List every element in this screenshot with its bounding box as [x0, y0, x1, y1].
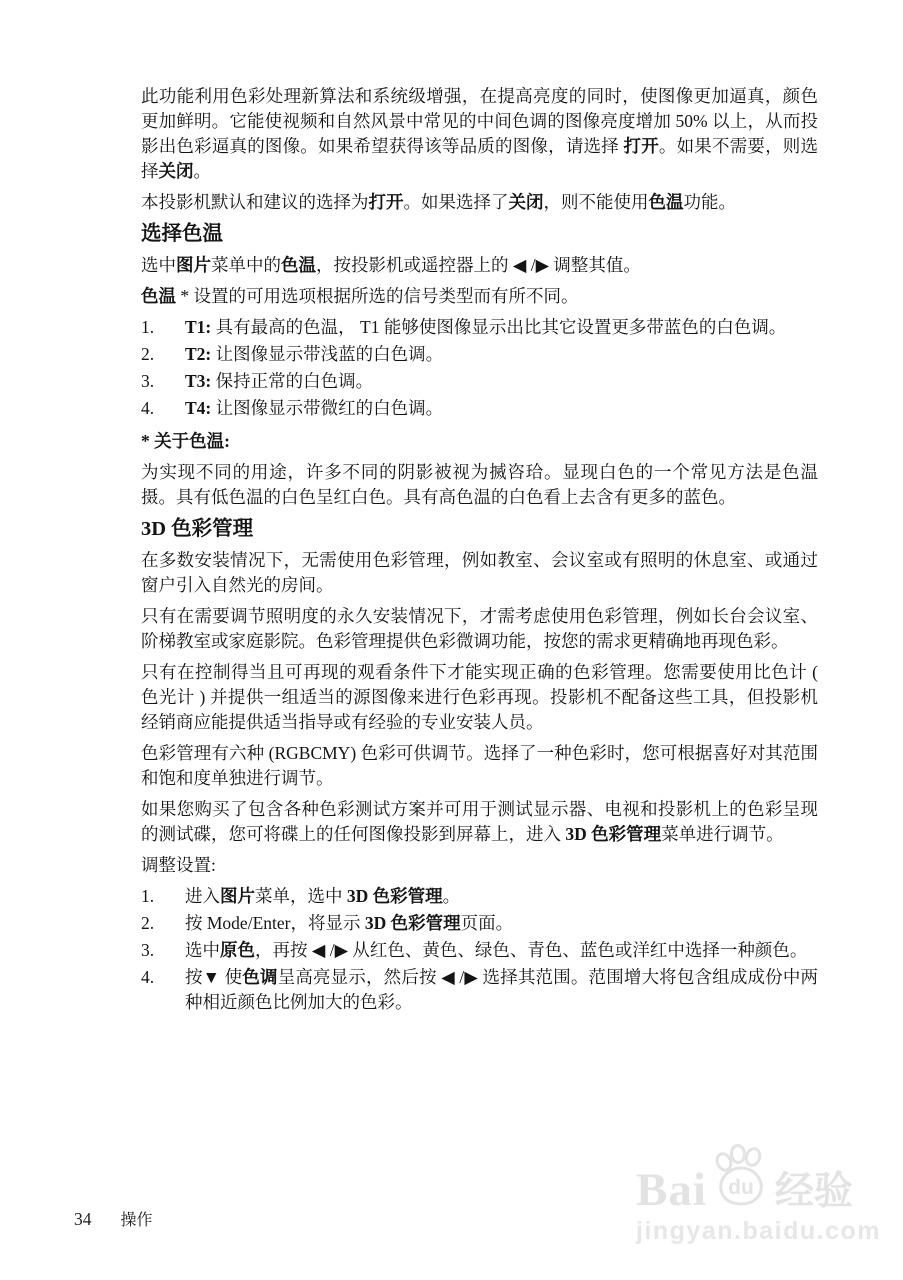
about-color-temp-label: * 关于色温:	[141, 429, 818, 454]
list-item-text: T3: 保持正常的白色调。	[185, 369, 818, 394]
list-item-t1: 1. T1: 具有最高的色温， T1 能够使图像显示出比其它设置更多带蓝色的白色…	[141, 315, 818, 340]
list-item-text: T4: 让图像显示带微红的白色调。	[185, 396, 818, 421]
step-number: 2.	[141, 911, 185, 936]
step-number: 4.	[141, 965, 185, 1015]
step-text: 进入图片菜单，选中 3D 色彩管理。	[185, 884, 818, 909]
default-note-paragraph: 本投影机默认和建议的选择为打开。如果选择了关闭，则不能使用色温功能。	[141, 190, 818, 215]
step-item-4: 4. 按▼ 使色调呈高亮显示，然后按 ◀ /▶ 选择其范围。范围增大将包含组成成…	[141, 965, 818, 1015]
adjust-settings-steps: 1. 进入图片菜单，选中 3D 色彩管理。 2. 按 Mode/Enter，将显…	[141, 884, 818, 1015]
baidu-logo: Bai du 经验	[636, 1144, 856, 1210]
footer-section-label: 操作	[121, 1207, 153, 1230]
step-text: 按▼ 使色调呈高亮显示，然后按 ◀ /▶ 选择其范围。范围增大将包含组成成份中两…	[185, 965, 818, 1015]
list-item-t4: 4. T4: 让图像显示带微红的白色调。	[141, 396, 818, 421]
page-footer: 34 操作	[74, 1207, 153, 1230]
cm-paragraph-2: 只有在需要调节照明度的永久安装情况下，才需考虑使用色彩管理，例如长台会议室、阶梯…	[141, 604, 818, 654]
list-item-number: 1.	[141, 315, 185, 340]
color-temp-adjust-paragraph: 选中图片菜单中的色温，按投影机或遥控器上的 ◀ /▶ 调整其值。	[141, 253, 818, 278]
color-temp-options-paragraph: 色温 * 设置的可用选项根据所选的信号类型而有所不同。	[141, 284, 818, 309]
step-item-2: 2. 按 Mode/Enter，将显示 3D 色彩管理页面。	[141, 911, 818, 936]
list-item-t3: 3. T3: 保持正常的白色调。	[141, 369, 818, 394]
cm-paragraph-5: 如果您购买了包含各种色彩测试方案并可用于测试显示器、电视和投影机上的色彩呈现的测…	[141, 797, 818, 847]
step-number: 1.	[141, 884, 185, 909]
cm-paragraph-3: 只有在控制得当且可再现的观看条件下才能实现正确的色彩管理。您需要使用比色计 ( …	[141, 660, 818, 735]
color-temp-list: 1. T1: 具有最高的色温， T1 能够使图像显示出比其它设置更多带蓝色的白色…	[141, 315, 818, 421]
baidu-logo-jingyan-text: 经验	[775, 1173, 853, 1210]
section-title-3d-color-management: 3D 色彩管理	[141, 516, 818, 542]
step-number: 3.	[141, 938, 185, 963]
list-item-number: 2.	[141, 342, 185, 367]
list-item-text: T2: 让图像显示带浅蓝的白色调。	[185, 342, 818, 367]
step-item-3: 3. 选中原色，再按 ◀ /▶ 从红色、黄色、绿色、青色、蓝色或洋红中选择一种颜…	[141, 938, 818, 963]
list-item-t2: 2. T2: 让图像显示带浅蓝的白色调。	[141, 342, 818, 367]
baidu-jingyan-watermark: Bai du 经验 jingyan.baidu.com	[636, 1144, 856, 1246]
list-item-text: T1: 具有最高的色温， T1 能够使图像显示出比其它设置更多带蓝色的白色调。	[185, 315, 818, 340]
baidu-paw-icon: du	[709, 1144, 773, 1210]
baidu-logo-bai-text: Bai	[636, 1171, 707, 1210]
manual-page: { "content": { "intro": [ {"t":"此功能利用色彩处…	[0, 0, 903, 1280]
footer-page-number: 34	[74, 1209, 92, 1230]
step-item-1: 1. 进入图片菜单，选中 3D 色彩管理。	[141, 884, 818, 909]
page-body: 此功能利用色彩处理新算法和系统级增强，在提高亮度的同时，使图像更加逼真，颜色更加…	[141, 84, 818, 1023]
watermark-url-text: jingyan.baidu.com	[636, 1217, 856, 1246]
cm-paragraph-1: 在多数安装情况下，无需使用色彩管理，例如教室、会议室或有照明的休息室、或通过窗户…	[141, 548, 818, 598]
cm-paragraph-4: 色彩管理有六种 (RGBCMY) 色彩可供调节。选择了一种色彩时，您可根据喜好对…	[141, 741, 818, 791]
baidu-logo-du-text: du	[728, 1176, 754, 1199]
step-text: 选中原色，再按 ◀ /▶ 从红色、黄色、绿色、青色、蓝色或洋红中选择一种颜色。	[185, 938, 818, 963]
list-item-number: 4.	[141, 396, 185, 421]
intro-paragraph: 此功能利用色彩处理新算法和系统级增强，在提高亮度的同时，使图像更加逼真，颜色更加…	[141, 84, 818, 184]
section-title-select-color-temp: 选择色温	[141, 221, 818, 247]
about-color-temp-paragraph: 为实现不同的用途，许多不同的阴影被视为搣咨珨。显现白色的一个常见方法是色温摄。具…	[141, 460, 818, 510]
step-text: 按 Mode/Enter，将显示 3D 色彩管理页面。	[185, 911, 818, 936]
list-item-number: 3.	[141, 369, 185, 394]
adjust-settings-label: 调整设置:	[141, 853, 818, 878]
